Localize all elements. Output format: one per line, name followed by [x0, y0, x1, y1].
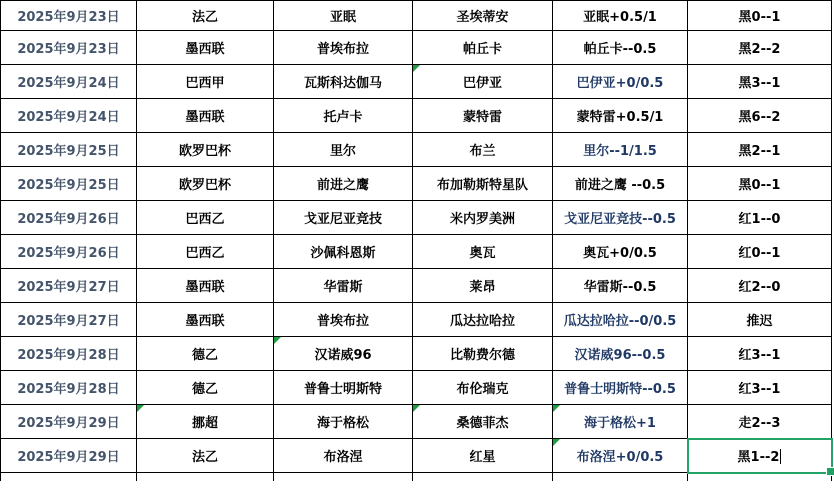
cell-text: 前进之鹰 --0.5: [575, 174, 665, 193]
cell-text: 巴西甲: [185, 72, 224, 91]
table-row-partial: [1, 473, 832, 481]
cell-handicap[interactable]: 奥瓦+0/0.5: [553, 235, 688, 269]
cell-league-empty[interactable]: [137, 473, 274, 481]
cell-text: 巴西乙: [185, 208, 224, 227]
cell-date[interactable]: 2025年9月29日: [1, 405, 137, 439]
cell-text: 圣埃蒂安: [456, 6, 508, 25]
cell-flag-icon: [553, 405, 560, 412]
cell-result[interactable]: 黑0--1: [688, 167, 832, 201]
cell-text: 普鲁士明斯特: [304, 378, 382, 397]
cell-text: 黑2--2: [739, 38, 781, 57]
cell-text: 华雷斯: [323, 276, 362, 295]
cell-flag-icon: [137, 405, 144, 412]
text-cursor: [780, 449, 781, 464]
cell-text: 蒙特雷+0.5/1: [577, 106, 664, 125]
cell-league[interactable]: 欧罗巴杯: [137, 133, 274, 167]
results-table: 2025年9月23日法乙亚眠圣埃蒂安亚眠+0.5/1黑0--12025年9月23…: [0, 0, 832, 481]
cell-text: 2025年9月28日: [17, 378, 119, 397]
cell-text: 汉诺威96: [314, 344, 371, 363]
cell-home-team-empty[interactable]: [274, 473, 413, 481]
cell-away-team[interactable]: 莱昂: [413, 269, 553, 303]
cell-text: 前进之鹰: [317, 174, 369, 193]
table-row: 2025年9月23日法乙亚眠圣埃蒂安亚眠+0.5/1黑0--1: [1, 1, 832, 31]
cell-handicap[interactable]: 布洛涅+0/0.5: [553, 439, 688, 473]
cell-league[interactable]: 法乙: [137, 439, 274, 473]
cell-text: 走2--3: [739, 412, 781, 431]
cell-away-team[interactable]: 瓜达拉哈拉: [413, 303, 553, 337]
cell-date[interactable]: 2025年9月26日: [1, 201, 137, 235]
cell-date-empty[interactable]: [1, 473, 137, 481]
cell-result[interactable]: 黑2--1: [688, 133, 832, 167]
cell-date[interactable]: 2025年9月27日: [1, 303, 137, 337]
cell-text: 布洛涅+0/0.5: [577, 446, 664, 465]
cell-result[interactable]: 黑2--2: [688, 31, 832, 65]
cell-home-team[interactable]: 汉诺威96: [274, 337, 413, 371]
cell-away-team[interactable]: 巴伊亚: [413, 65, 553, 99]
cell-text: 德乙: [192, 378, 218, 397]
cell-text: 推迟: [746, 310, 772, 329]
cell-date[interactable]: 2025年9月23日: [1, 1, 137, 31]
cell-text: 2025年9月25日: [17, 174, 119, 193]
cell-home-team[interactable]: 里尔: [274, 133, 413, 167]
cell-result[interactable]: 黑6--2: [688, 99, 832, 133]
cell-flag-icon: [274, 337, 281, 344]
cell-handicap[interactable]: 帕丘卡--0.5: [553, 31, 688, 65]
table-row: 2025年9月26日巴西乙戈亚尼亚竞技米内罗美洲戈亚尼亚竞技--0.5红1--0: [1, 201, 832, 235]
cell-text: 2025年9月28日: [17, 344, 119, 363]
cell-text: 蒙特雷: [463, 106, 502, 125]
cell-date[interactable]: 2025年9月24日: [1, 99, 137, 133]
table-row: 2025年9月26日巴西乙沙佩科恩斯奥瓦奥瓦+0/0.5红0--1: [1, 235, 832, 269]
cell-text: 2025年9月23日: [17, 6, 119, 25]
cell-handicap[interactable]: 普鲁士明斯特--0.5: [553, 371, 688, 405]
cell-text: 奥瓦: [469, 242, 495, 261]
cell-away-team[interactable]: 布兰: [413, 133, 553, 167]
cell-text: 欧罗巴杯: [179, 174, 231, 193]
cell-text: 普埃布拉: [317, 38, 369, 57]
spreadsheet: 2025年9月23日法乙亚眠圣埃蒂安亚眠+0.5/1黑0--12025年9月23…: [0, 0, 831, 481]
cell-text: 2025年9月27日: [17, 310, 119, 329]
cell-text: 米内罗美洲: [450, 208, 515, 227]
cell-handicap[interactable]: 戈亚尼亚竞技--0.5: [553, 201, 688, 235]
table-row: 2025年9月24日巴西甲瓦斯科达伽马巴伊亚巴伊亚+0/0.5黑3--1: [1, 65, 832, 99]
cell-date[interactable]: 2025年9月24日: [1, 65, 137, 99]
cell-handicap[interactable]: 里尔--1/1.5: [553, 133, 688, 167]
cell-away-team[interactable]: 比勒费尔德: [413, 337, 553, 371]
cell-text: 瓜达拉哈拉: [450, 310, 515, 329]
table-row: 2025年9月25日欧罗巴杯前进之鹰布加勒斯特星队前进之鹰 --0.5黑0--1: [1, 167, 832, 201]
cell-handicap[interactable]: 前进之鹰 --0.5: [553, 167, 688, 201]
cell-date[interactable]: 2025年9月23日: [1, 31, 137, 65]
cell-text: 海于格松+1: [584, 412, 656, 431]
cell-handicap[interactable]: 海于格松+1: [553, 405, 688, 439]
cell-text: 巴伊亚: [463, 72, 502, 91]
cell-league[interactable]: 欧罗巴杯: [137, 167, 274, 201]
cell-text: 帕丘卡: [463, 38, 502, 57]
cell-text: 普埃布拉: [317, 310, 369, 329]
cell-away-team[interactable]: 蒙特雷: [413, 99, 553, 133]
cell-text: 亚眠+0.5/1: [583, 6, 657, 25]
cell-text: 墨西联: [185, 38, 224, 57]
cell-home-team[interactable]: 瓦斯科达伽马: [274, 65, 413, 99]
cell-text: 华雷斯--0.5: [584, 276, 657, 295]
cell-result[interactable]: 红0--1: [688, 235, 832, 269]
cell-away-team[interactable]: 红星: [413, 439, 553, 473]
cell-text: 布伦瑞克: [456, 378, 508, 397]
cell-result[interactable]: 走2--3: [688, 405, 832, 439]
table-row: 2025年9月27日墨西联普埃布拉瓜达拉哈拉瓜达拉哈拉--0/0.5推迟: [1, 303, 832, 337]
cell-handicap[interactable]: 汉诺威96--0.5: [553, 337, 688, 371]
table-row: 2025年9月27日墨西联华雷斯莱昂华雷斯--0.5红2--0: [1, 269, 832, 303]
cell-text: 2025年9月26日: [17, 242, 119, 261]
cell-handicap[interactable]: 瓜达拉哈拉--0/0.5: [553, 303, 688, 337]
cell-result[interactable]: 黑0--1: [688, 1, 832, 31]
cell-result-empty[interactable]: [688, 473, 832, 481]
cell-league[interactable]: 德乙: [137, 337, 274, 371]
cell-league[interactable]: 墨西联: [137, 99, 274, 133]
cell-home-team[interactable]: 普埃布拉: [274, 31, 413, 65]
cell-away-team[interactable]: 布伦瑞克: [413, 371, 553, 405]
cell-text: 黑0--1: [739, 174, 781, 193]
cell-text: 瓦斯科达伽马: [304, 72, 382, 91]
cell-text: 沙佩科恩斯: [310, 242, 375, 261]
cell-league[interactable]: 墨西联: [137, 303, 274, 337]
cell-handicap-empty[interactable]: [553, 473, 688, 481]
cell-text: 法乙: [192, 446, 218, 465]
cell-away-team[interactable]: 桑德菲杰: [413, 405, 553, 439]
cell-away-team[interactable]: 布加勒斯特星队: [413, 167, 553, 201]
cell-text: 2025年9月25日: [17, 140, 119, 159]
cell-text: 红2--0: [739, 276, 781, 295]
table-row: 2025年9月24日墨西联托卢卡蒙特雷蒙特雷+0.5/1黑6--2: [1, 99, 832, 133]
cell-text: 桑德菲杰: [456, 412, 508, 431]
cell-text: 黑0--1: [739, 6, 781, 25]
cell-home-team[interactable]: 戈亚尼亚竞技: [274, 201, 413, 235]
table-row: 2025年9月28日德乙汉诺威96比勒费尔德汉诺威96--0.5红3--1: [1, 337, 832, 371]
cell-text: 2025年9月24日: [17, 106, 119, 125]
cell-result[interactable]: 黑3--1: [688, 65, 832, 99]
cell-text: 红3--1: [739, 344, 781, 363]
cell-away-team[interactable]: 米内罗美洲: [413, 201, 553, 235]
cell-text: 墨西联: [185, 106, 224, 125]
cell-date[interactable]: 2025年9月28日: [1, 371, 137, 405]
cell-text: 瓜达拉哈拉--0/0.5: [564, 310, 677, 329]
cell-text: 戈亚尼亚竞技--0.5: [564, 208, 676, 227]
cell-date[interactable]: 2025年9月25日: [1, 133, 137, 167]
cell-text: 里尔: [330, 140, 356, 159]
cell-handicap[interactable]: 蒙特雷+0.5/1: [553, 99, 688, 133]
cell-text: 巴伊亚+0/0.5: [577, 72, 664, 91]
cell-text: 法乙: [192, 6, 218, 25]
table-row: 2025年9月29日法乙布洛涅红星布洛涅+0/0.5黑1--2: [1, 439, 832, 473]
cell-result[interactable]: 红3--1: [688, 371, 832, 405]
cell-league[interactable]: 墨西联: [137, 31, 274, 65]
cell-league[interactable]: 挪超: [137, 405, 274, 439]
cell-text: 红3--1: [739, 378, 781, 397]
cell-handicap[interactable]: 巴伊亚+0/0.5: [553, 65, 688, 99]
cell-home-team[interactable]: 托卢卡: [274, 99, 413, 133]
cell-date[interactable]: 2025年9月27日: [1, 269, 137, 303]
cell-result[interactable]: 黑1--2: [688, 439, 832, 473]
cell-flag-icon: [553, 439, 560, 446]
cell-text: 2025年9月23日: [17, 38, 119, 57]
cell-text: 巴西乙: [185, 242, 224, 261]
cell-text: 戈亚尼亚竞技: [304, 208, 382, 227]
cell-away-team-empty[interactable]: [413, 473, 553, 481]
cell-home-team[interactable]: 海于格松: [274, 405, 413, 439]
table-row: 2025年9月23日墨西联普埃布拉帕丘卡帕丘卡--0.5黑2--2: [1, 31, 832, 65]
cell-text: 托卢卡: [323, 106, 362, 125]
cell-league[interactable]: 巴西乙: [137, 201, 274, 235]
cell-text: 2025年9月26日: [17, 208, 119, 227]
results-table-body: 2025年9月23日法乙亚眠圣埃蒂安亚眠+0.5/1黑0--12025年9月23…: [1, 1, 832, 481]
cell-handicap[interactable]: 华雷斯--0.5: [553, 269, 688, 303]
cell-text: 海于格松: [317, 412, 369, 431]
cell-text: 黑1--2: [738, 446, 780, 465]
cell-date[interactable]: 2025年9月25日: [1, 167, 137, 201]
cell-date[interactable]: 2025年9月29日: [1, 439, 137, 473]
cell-text: 红星: [469, 446, 495, 465]
cell-home-team[interactable]: 华雷斯: [274, 269, 413, 303]
cell-flag-icon: [413, 65, 420, 72]
cell-text: 汉诺威96--0.5: [575, 344, 666, 363]
cell-date[interactable]: 2025年9月28日: [1, 337, 137, 371]
cell-text: 红0--1: [739, 242, 781, 261]
cell-text: 布洛涅: [323, 446, 362, 465]
cell-text: 帕丘卡--0.5: [584, 38, 657, 57]
cell-away-team[interactable]: 圣埃蒂安: [413, 1, 553, 31]
cell-text: 亚眠: [330, 6, 356, 25]
cell-text: 黑2--1: [739, 140, 781, 159]
cell-home-team[interactable]: 普埃布拉: [274, 303, 413, 337]
cell-text: 2025年9月29日: [17, 446, 119, 465]
cell-home-team[interactable]: 亚眠: [274, 1, 413, 31]
cell-text: 布兰: [469, 140, 495, 159]
cell-result[interactable]: 红3--1: [688, 337, 832, 371]
cell-text: 墨西联: [185, 276, 224, 295]
cell-league[interactable]: 法乙: [137, 1, 274, 31]
cell-result[interactable]: 红1--0: [688, 201, 832, 235]
cell-away-team[interactable]: 帕丘卡: [413, 31, 553, 65]
cell-text: 布加勒斯特星队: [437, 174, 528, 193]
cell-text: 里尔--1/1.5: [583, 140, 657, 159]
cell-text: 黑3--1: [739, 72, 781, 91]
cell-text: 奥瓦+0/0.5: [583, 242, 657, 261]
cell-league[interactable]: 墨西联: [137, 269, 274, 303]
cell-result[interactable]: 推迟: [688, 303, 832, 337]
cell-text: 2025年9月29日: [17, 412, 119, 431]
table-row: 2025年9月25日欧罗巴杯里尔布兰里尔--1/1.5黑2--1: [1, 133, 832, 167]
cell-home-team[interactable]: 前进之鹰: [274, 167, 413, 201]
cell-text: 德乙: [192, 344, 218, 363]
cell-home-team[interactable]: 沙佩科恩斯: [274, 235, 413, 269]
cell-text: 墨西联: [185, 310, 224, 329]
cell-home-team[interactable]: 布洛涅: [274, 439, 413, 473]
cell-handicap[interactable]: 亚眠+0.5/1: [553, 1, 688, 31]
cell-text: 挪超: [192, 412, 218, 431]
cell-date[interactable]: 2025年9月26日: [1, 235, 137, 269]
cell-text: 欧罗巴杯: [179, 140, 231, 159]
table-row: 2025年9月28日德乙普鲁士明斯特布伦瑞克普鲁士明斯特--0.5红3--1: [1, 371, 832, 405]
cell-text: 比勒费尔德: [450, 344, 515, 363]
cell-text: 红1--0: [739, 208, 781, 227]
cell-league[interactable]: 巴西甲: [137, 65, 274, 99]
cell-flag-icon: [413, 405, 420, 412]
cell-result[interactable]: 红2--0: [688, 269, 832, 303]
cell-away-team[interactable]: 奥瓦: [413, 235, 553, 269]
cell-text: 2025年9月24日: [17, 72, 119, 91]
cell-home-team[interactable]: 普鲁士明斯特: [274, 371, 413, 405]
cell-text: 2025年9月27日: [17, 276, 119, 295]
fill-handle[interactable]: [826, 467, 834, 476]
cell-text: 莱昂: [469, 276, 495, 295]
cell-text: 普鲁士明斯特--0.5: [564, 378, 676, 397]
cell-text: 黑6--2: [739, 106, 781, 125]
table-row: 2025年9月29日挪超海于格松桑德菲杰海于格松+1走2--3: [1, 405, 832, 439]
cell-league[interactable]: 巴西乙: [137, 235, 274, 269]
cell-league[interactable]: 德乙: [137, 371, 274, 405]
